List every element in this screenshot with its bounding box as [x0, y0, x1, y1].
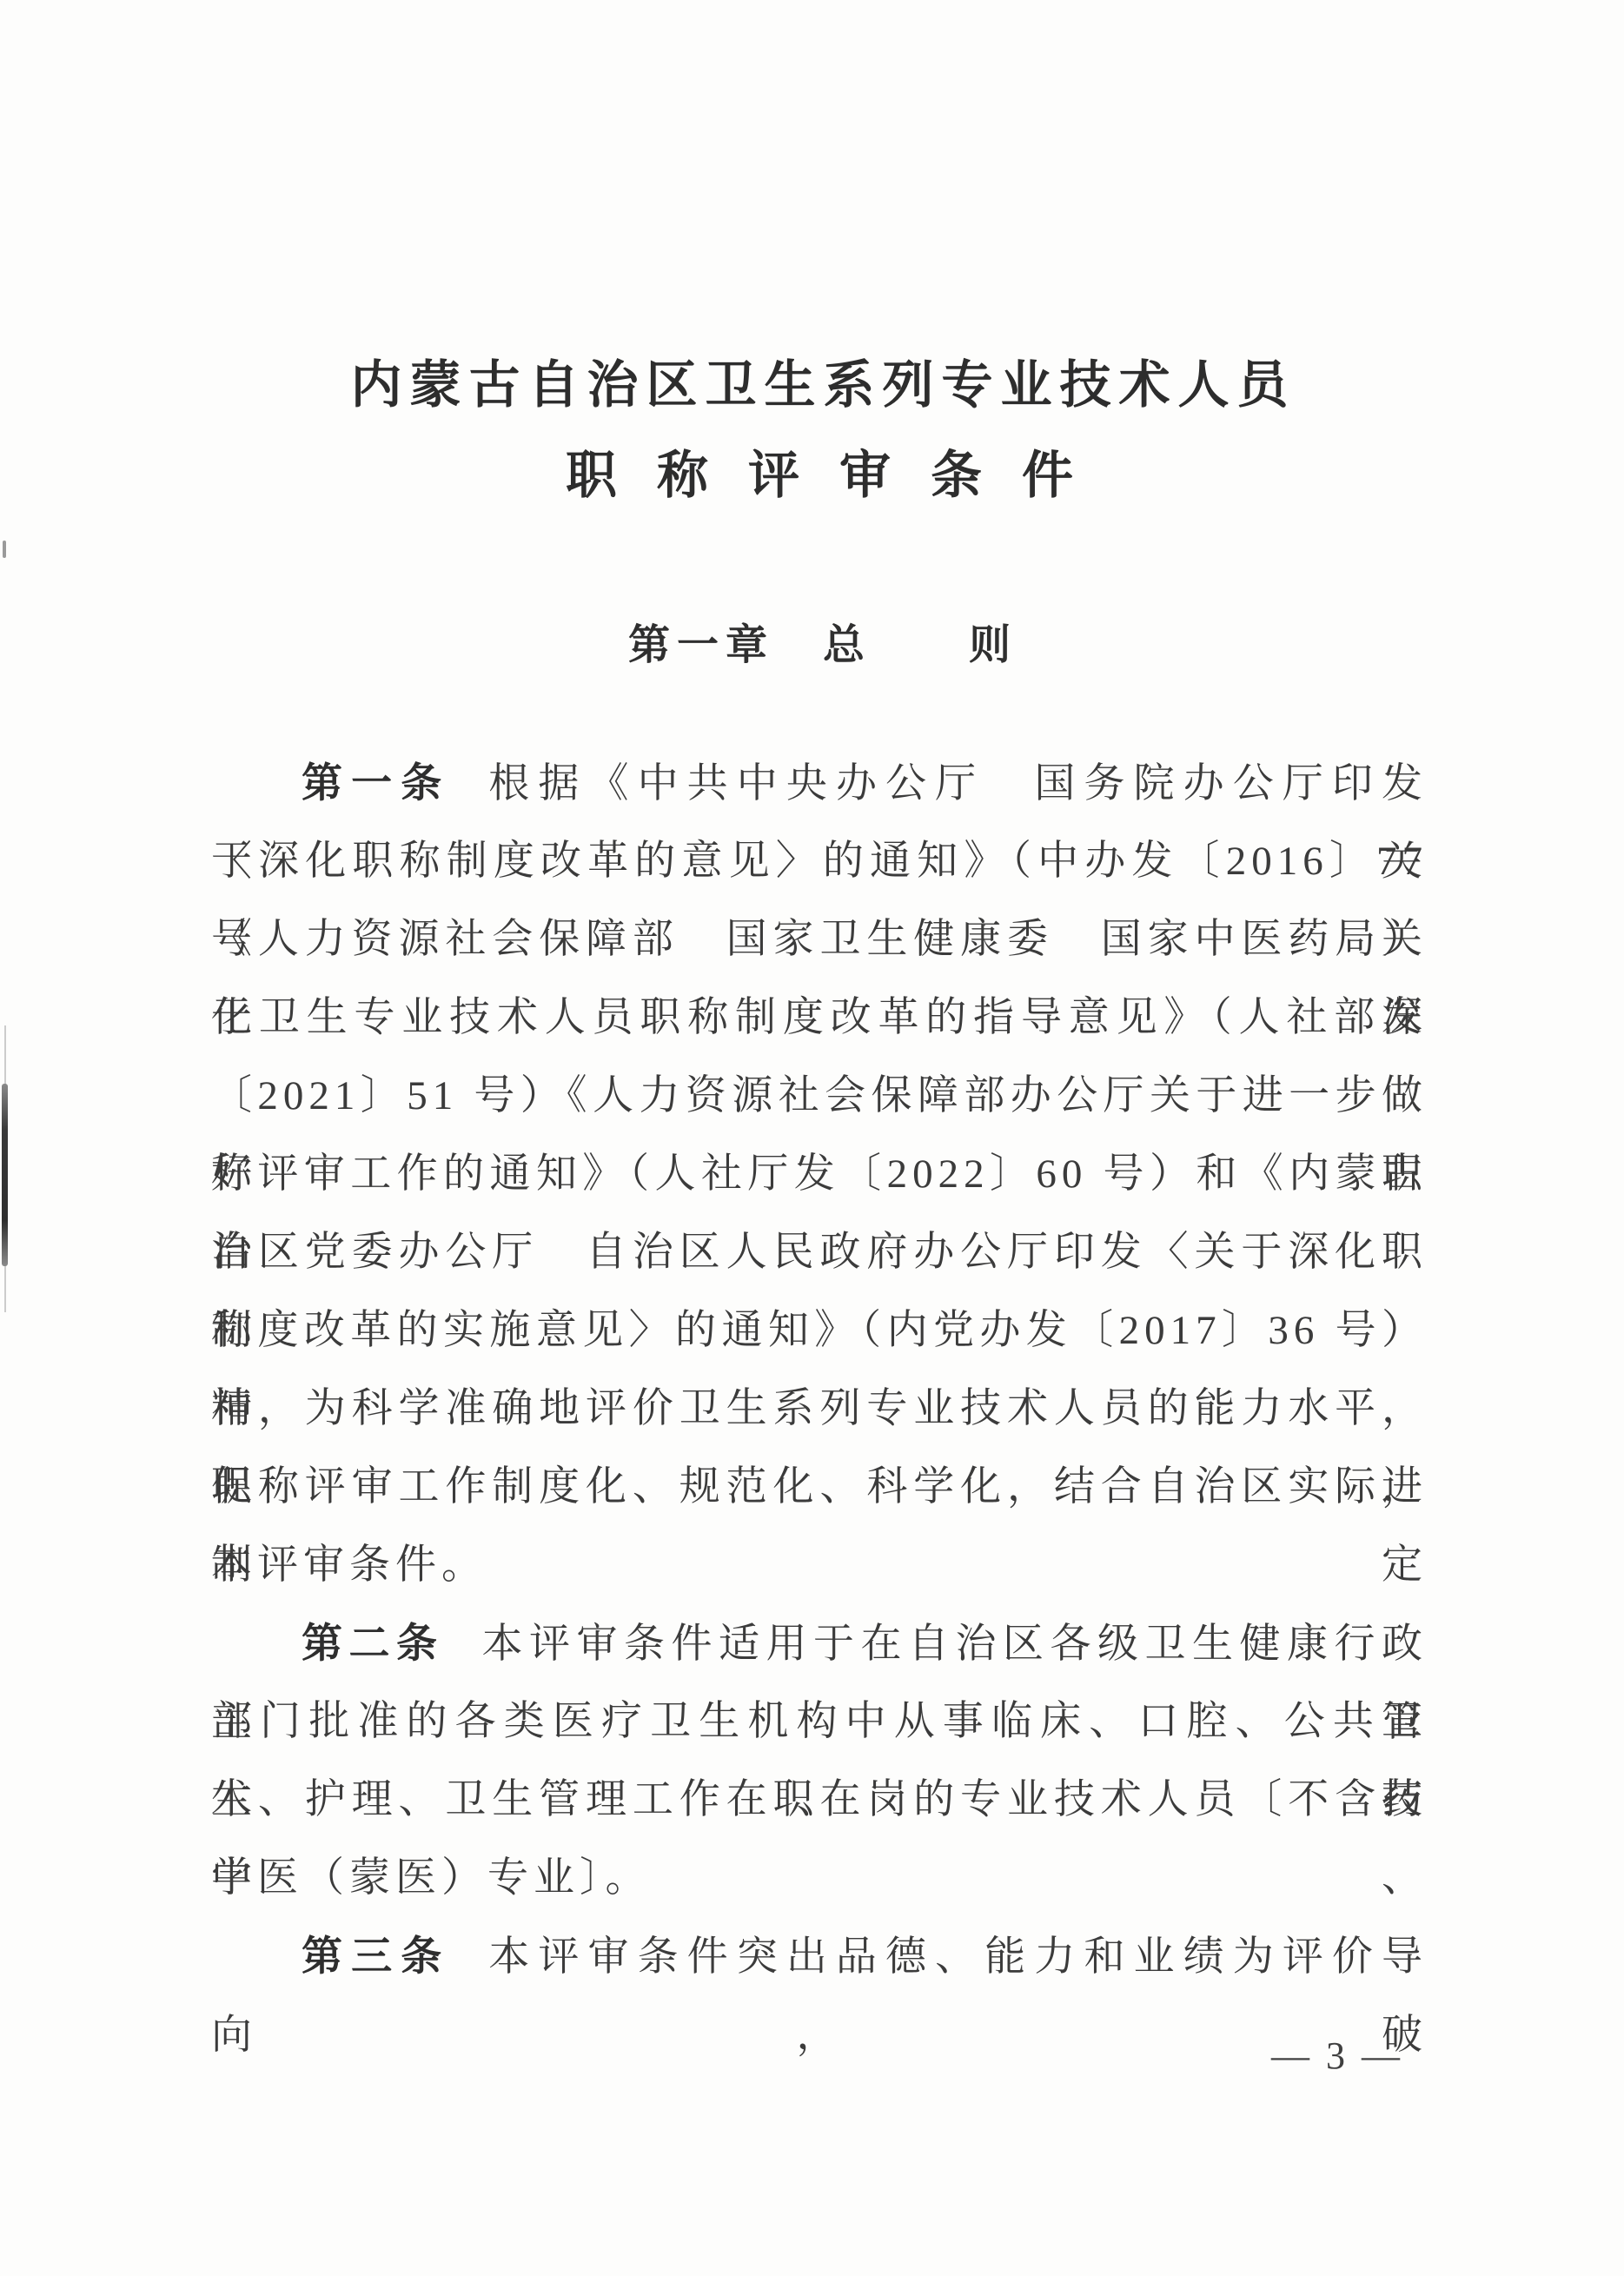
document-page: 内蒙古自治区卫生系列专业技术人员 职称评审条件 第一章 总 则 第一条根据《中共…: [0, 0, 1624, 2276]
paragraph-line: 第二条本评审条件适用于在自治区各级卫生健康行政主管: [211, 1604, 1428, 1682]
scan-artifact-streak: [2, 1084, 8, 1266]
paragraph-line: 部门批准的各类医疗卫生机构中从事临床、口腔、公共卫生、技: [211, 1682, 1428, 1761]
scan-artifact-tick: [3, 541, 6, 558]
paragraph-line: 称评审工作的通知》（人社厅发〔2022〕60 号）和《内蒙古自: [211, 1135, 1428, 1213]
line-text: 本评审条件。: [211, 1543, 487, 1588]
paragraph-line: 制度改革的实施意见〉的通知》（内党办发〔2017〕36 号）精: [211, 1291, 1428, 1370]
paragraph-line: 第一条根据《中共中央办公厅 国务院办公厅印发〈关: [211, 744, 1428, 822]
line-text: 化卫生专业技术人员职称制度改革的指导意见》（人社部发: [211, 995, 1428, 1040]
article-number: 第二条: [302, 1620, 444, 1666]
document-title-line2: 职称评审条件: [211, 449, 1428, 501]
paragraph-line: 治区党委办公厅 自治区人民政府办公厅印发〈关于深化职称: [211, 1213, 1428, 1291]
paragraph-line: 职称评审工作制度化、规范化、科学化，结合自治区实际，制定: [211, 1448, 1428, 1526]
scan-artifact-faint-line: [4, 1025, 6, 1312]
page-number: — 3 —: [1271, 2032, 1419, 2080]
document-title-line1: 内蒙古自治区卫生系列专业技术人员: [211, 359, 1428, 411]
paragraph-line: 化卫生专业技术人员职称制度改革的指导意见》（人社部发: [211, 979, 1428, 1057]
document-body: 第一条根据《中共中央办公厅 国务院办公厅印发〈关 于深化职称制度改革的意见〉的通…: [211, 744, 1428, 1995]
chapter-heading: 第一章 总 则: [211, 624, 1428, 667]
line-text: 中医（蒙医）专业〕。: [211, 1855, 652, 1901]
paragraph-line: 术、护理、卫生管理工作在职在岗的专业技术人员〔不含药学、: [211, 1761, 1428, 1839]
article-number: 第三条: [302, 1933, 450, 1979]
paragraph-line: 于深化职称制度改革的意见〉的通知》（中办发〔2016〕77 号）: [211, 822, 1428, 900]
paragraph-line: 第三条本评审条件突出品德、能力和业绩为评价导向，破: [211, 1917, 1428, 1995]
paragraph-line: 〔2021〕51 号）《人力资源社会保障部办公厅关于进一步做好职: [211, 1057, 1428, 1135]
paragraph-line: 神，为科学准确地评价卫生系列专业技术人员的能力水平，促进: [211, 1370, 1428, 1448]
paragraph-line: 《人力资源社会保障部 国家卫生健康委 国家中医药局关于深: [211, 900, 1428, 979]
article-number: 第一条: [302, 760, 450, 806]
